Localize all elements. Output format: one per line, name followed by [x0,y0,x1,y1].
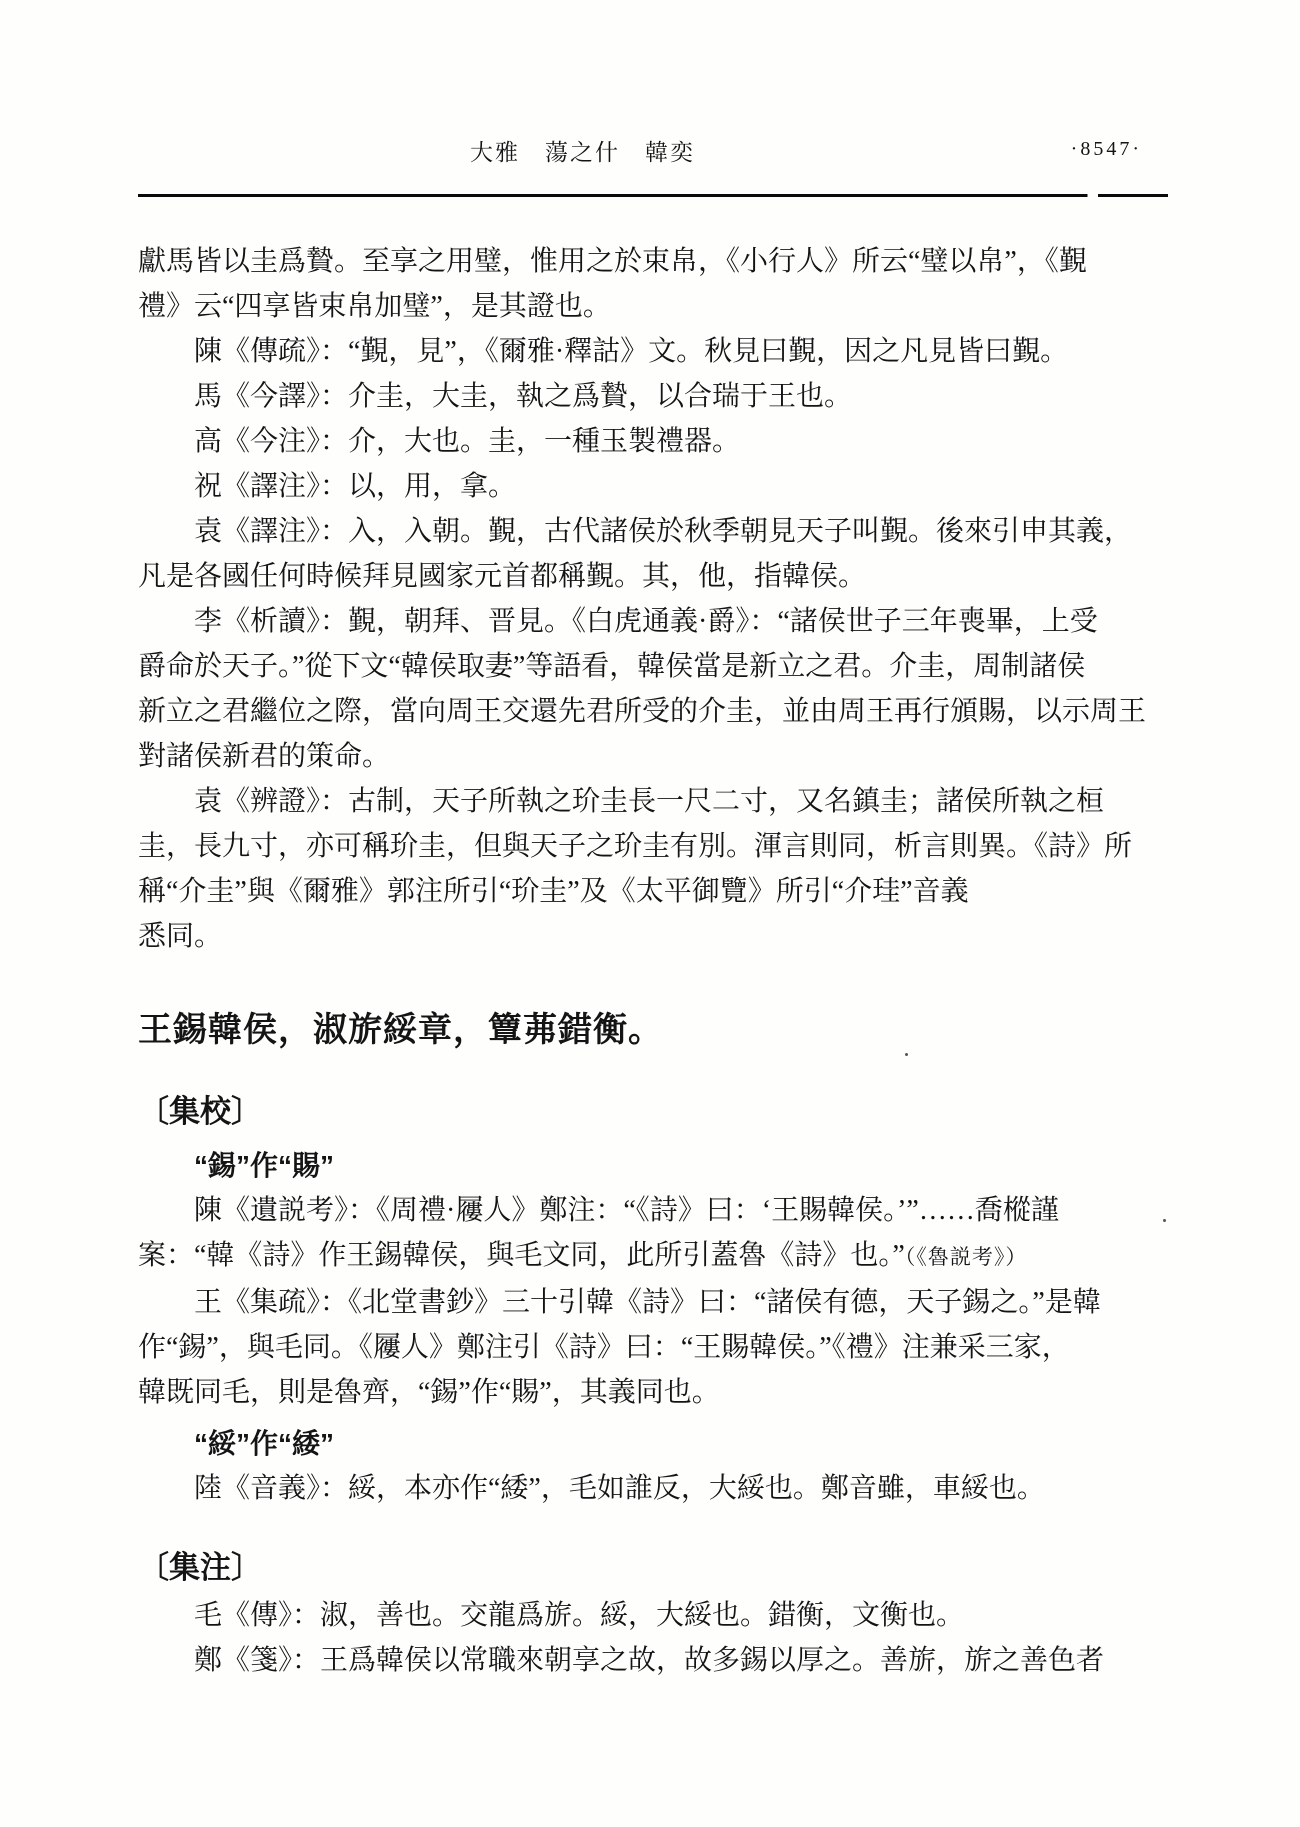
verse-heading: 王錫韓侯，淑旂綏章，簟茀錯衡。 [138,1005,1168,1055]
body-paragraph: 高《今注》：介，大也。圭，一種玉製禮器。 [138,419,1168,464]
header-rule [138,194,1168,197]
body-paragraph-text: 陳《傳疏》：“覲，見”，《爾雅·釋詁》文。秋見曰覲，因之凡見皆曰覲。 [194,336,1068,367]
body-paragraph-text: 袁《辨證》：古制，天子所執之玠圭長一尺二寸，又名鎮圭；諸侯所執之桓 圭，長九寸，… [138,786,1132,952]
source-note: （《魯説考》） [905,1245,1028,1269]
verse-heading-text: 王錫韓侯，淑旂綏章，簟茀錯衡。 [138,1011,663,1049]
body-paragraph-text: 李《析讀》：覲，朝拜、晋見。《白虎通義·爵》：“諸侯世子三年喪畢，上受 爵命於天… [138,606,1146,772]
running-head-title: 大雅 蕩之什 韓奕 [470,134,695,167]
body-paragraph-text: 鄭《箋》：王爲韓侯以常職來朝享之故，故多錫以厚之。善旂，旂之善色者 [194,1645,1104,1676]
scan-speck [1163,1219,1166,1222]
body-paragraph: 獻馬皆以圭爲贄。至享之用璧，惟用之於束帛，《小行人》所云“璧以帛”，《覲 禮》云… [138,239,1168,329]
body-paragraph: 袁《辨證》：古制，天子所執之玠圭長一尺二寸，又名鎮圭；諸侯所執之桓 圭，長九寸，… [138,779,1168,959]
scan-speck [905,1053,908,1056]
section-heading: 〔集注〕 [138,1543,1168,1593]
page-number: ·8547· [1071,138,1142,161]
page-content: 大雅 蕩之什 韓奕 ·8547· 獻馬皆以圭爲贄。至享之用璧，惟用之於束帛，《小… [138,132,1168,1683]
section-heading-text: 〔集校〕 [138,1094,262,1129]
body-paragraph-text: 祝《譯注》：以，用，拿。 [194,471,516,502]
body-paragraph: 鄭《箋》：王爲韓侯以常職來朝享之故，故多錫以厚之。善旂，旂之善色者 [138,1638,1168,1683]
body-paragraph: 陳《傳疏》：“覲，見”，《爾雅·釋詁》文。秋見曰覲，因之凡見皆曰覲。 [138,329,1168,374]
body-paragraph: 馬《今譯》：介圭，大圭，執之爲贄，以合瑞于王也。 [138,374,1168,419]
body-paragraph: 王《集疏》：《北堂書鈔》三十引韓《詩》曰：“諸侯有德，天子錫之。”是韓 作“錫”… [138,1280,1168,1415]
page-header: 大雅 蕩之什 韓奕 ·8547· [138,132,1168,168]
body-paragraph-text: 陸《音義》：綏，本亦作“緌”，毛如誰反，大綏也。鄭音雖，車綏也。 [194,1473,1045,1504]
sub-heading-text: “錫”作“賜” [194,1150,334,1181]
body-paragraph-text: 毛《傳》：淑，善也。交龍爲旂。綏，大綏也。錯衡，文衡也。 [194,1600,964,1631]
body-paragraph-text: 袁《譯注》：入，入朝。覲，古代諸侯於秋季朝見天子叫覲。後來引申其義， 凡是各國任… [138,516,1132,592]
body-paragraph: 祝《譯注》：以，用，拿。 [138,464,1168,509]
body-paragraph: 李《析讀》：覲，朝拜、晋見。《白虎通義·爵》：“諸侯世子三年喪畢，上受 爵命於天… [138,599,1168,779]
body-paragraph-text: 高《今注》：介，大也。圭，一種玉製禮器。 [194,426,740,457]
body-paragraph-text: 獻馬皆以圭爲贄。至享之用璧，惟用之於束帛，《小行人》所云“璧以帛”，《覲 禮》云… [138,246,1087,322]
book-page: 大雅 蕩之什 韓奕 ·8547· 獻馬皆以圭爲贄。至享之用璧，惟用之於束帛，《小… [0,0,1300,1827]
section-heading-text: 〔集注〕 [138,1550,262,1585]
body-paragraph-text: 馬《今譯》：介圭，大圭，執之爲贄，以合瑞于王也。 [194,381,852,412]
body-paragraph: 陸《音義》：綏，本亦作“緌”，毛如誰反，大綏也。鄭音雖，車綏也。 [138,1466,1168,1511]
sub-heading: “錫”作“賜” [138,1143,1168,1188]
body-text: 獻馬皆以圭爲贄。至享之用璧，惟用之於束帛，《小行人》所云“璧以帛”，《覲 禮》云… [138,239,1168,1683]
body-paragraph: 陳《遺説考》：《周禮·屨人》鄭注：“《詩》曰：‘王賜韓侯。’”……喬樅謹 案：“… [138,1188,1168,1280]
section-heading: 〔集校〕 [138,1087,1168,1137]
sub-heading-text: “綏”作“緌” [194,1428,334,1459]
body-paragraph: 袁《譯注》：入，入朝。覲，古代諸侯於秋季朝見天子叫覲。後來引申其義， 凡是各國任… [138,509,1168,599]
body-paragraph-text: 王《集疏》：《北堂書鈔》三十引韓《詩》曰：“諸侯有德，天子錫之。”是韓 作“錫”… [138,1287,1101,1408]
sub-heading: “綏”作“緌” [138,1421,1168,1466]
body-paragraph: 毛《傳》：淑，善也。交龍爲旂。綏，大綏也。錯衡，文衡也。 [138,1593,1168,1638]
scan-speck [357,797,361,801]
